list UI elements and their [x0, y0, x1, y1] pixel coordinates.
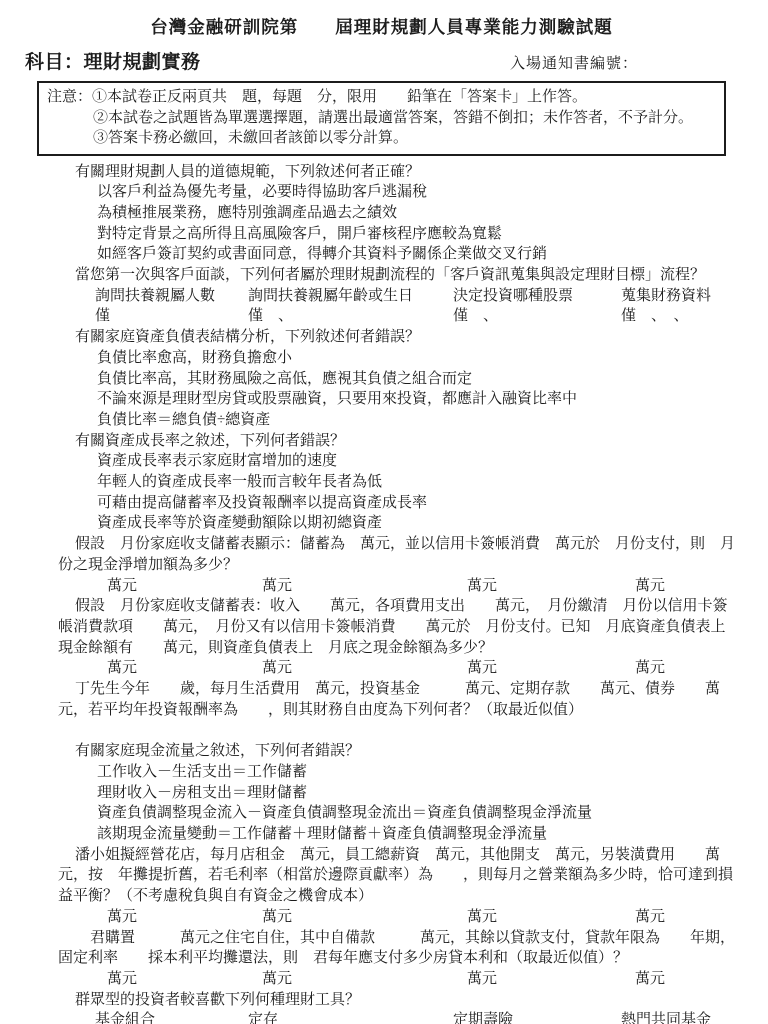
- notice-line-1: 注意：①本試卷正反兩頁共 題，每題 分，限用 鉛筆在「答案卡」上作答。: [47, 87, 716, 108]
- question-stem: 丁先生今年 歲，每月生活費用 萬元，投資基金 萬元、定期存款 萬元、債券 萬元，…: [25, 679, 738, 720]
- option-line: 資產負債調整現金流入－資產負債調整現金流出＝資產負債調整現金淨流量: [97, 803, 738, 824]
- option-line: 資產成長率表示家庭財富增加的速度: [97, 451, 738, 472]
- option-cell: 蒐集財務資料: [621, 286, 738, 307]
- exam-sheet: 台灣金融研訓院第 屆理財規劃人員專業能力測驗試題 科目：理財規劃實務 入場通知書…: [0, 0, 768, 1024]
- option-cell: 萬元: [635, 576, 738, 597]
- question-stem: 有關家庭資產負債表結構分析，下列敘述何者錯誤？: [25, 327, 738, 348]
- option-cell: 詢問扶養親屬年齡或生日: [248, 286, 453, 307]
- question-stem: 群眾型的投資者較喜歡下列何種理財工具？: [25, 990, 738, 1011]
- question-stem: 假設 月份家庭收支儲蓄表：收入 萬元，各項費用支出 萬元， 月份繳清 月份以信用…: [25, 596, 738, 658]
- option-cell: 萬元: [262, 658, 467, 679]
- notice-line-2: ②本試卷之試題皆為單選選擇題，請選出最適當答案，答錯不倒扣；未作答者，不予計分。: [47, 108, 716, 129]
- option-cell: 定期壽險: [453, 1010, 621, 1024]
- option-line: 資產成長率等於資產變動額除以期初總資產: [97, 513, 738, 534]
- option-line: 負債比率高，其財務風險之高低，應視其負債之組合而定: [97, 369, 738, 390]
- question-9: 潘小姐擬經營花店，每月店租金 萬元，員工總薪資 萬元，其他開支 萬元，另裝潢費用…: [25, 845, 738, 928]
- option-cell: 定存: [248, 1010, 453, 1024]
- option-row: 萬元 萬元 萬元 萬元: [25, 969, 738, 990]
- question-7: 丁先生今年 歲，每月生活費用 萬元，投資基金 萬元、定期存款 萬元、債券 萬元，…: [25, 679, 738, 741]
- option-cell: 詢問扶養親屬人數: [95, 286, 248, 307]
- option-line: 該期現金流量變動＝工作儲蓄＋理財儲蓄＋資產負債調整現金淨流量: [97, 824, 738, 845]
- notice-line-3: ③答案卡務必繳回，未繳回者該節以零分計算。: [47, 128, 716, 149]
- question-stem: 有關家庭現金流量之敘述，下列何者錯誤？: [25, 741, 738, 762]
- option-cell: 萬元: [467, 576, 635, 597]
- question-stem: 君購置 萬元之住宅自住，其中自備款 萬元，其餘以貸款支付，貸款年限為 年期，固定…: [25, 928, 738, 969]
- notice-box: 注意：①本試卷正反兩頁共 題，每題 分，限用 鉛筆在「答案卡」上作答。 ②本試卷…: [37, 81, 726, 156]
- option-line: 不論來源是理財型房貸或股票融資，只要用來投資，都應計入融資比率中: [97, 389, 738, 410]
- option-row: 萬元 萬元 萬元 萬元: [25, 576, 738, 597]
- question-11: 群眾型的投資者較喜歡下列何種理財工具？ 基金組合 定存 定期壽險 熱門共同基金: [25, 990, 738, 1024]
- option-cell: 萬元: [107, 969, 262, 990]
- admission-number-label: 入場通知書編號：: [510, 52, 638, 73]
- option-cell: 萬元: [635, 658, 738, 679]
- option-cell: 萬元: [107, 658, 262, 679]
- question-8: 有關家庭現金流量之敘述，下列何者錯誤？ 工作收入－生活支出＝工作儲蓄 理財收入－…: [25, 741, 738, 845]
- page-title: 台灣金融研訓院第 屆理財規劃人員專業能力測驗試題: [25, 16, 738, 38]
- option-line: 如經客戶簽訂契約或書面同意，得轉介其資料予關係企業做交叉行銷: [97, 244, 738, 265]
- option-line: 工作收入－生活支出＝工作儲蓄: [97, 762, 738, 783]
- option-cell: 萬元: [107, 907, 262, 928]
- question-stem: 假設 月份家庭收支儲蓄表顯示：儲蓄為 萬元，並以信用卡簽帳消費 萬元於 月份支付…: [25, 534, 738, 575]
- blank-line: [25, 720, 738, 741]
- option-cell: 萬元: [635, 907, 738, 928]
- option-list: 負債比率愈高，財務負擔愈小 負債比率高，其財務風險之高低，應視其負債之組合而定 …: [25, 348, 738, 431]
- question-5: 假設 月份家庭收支儲蓄表顯示：儲蓄為 萬元，並以信用卡簽帳消費 萬元於 月份支付…: [25, 534, 738, 596]
- option-row: 詢問扶養親屬人數 詢問扶養親屬年齡或生日 決定投資哪種股票 蒐集財務資料: [25, 286, 738, 307]
- option-cell: 萬元: [107, 576, 262, 597]
- option-cell: 熱門共同基金: [621, 1010, 738, 1024]
- question-6: 假設 月份家庭收支儲蓄表：收入 萬元，各項費用支出 萬元， 月份繳清 月份以信用…: [25, 596, 738, 679]
- option-line: 對特定背景之高所得且高風險客戶，開戶審核程序應較為寬鬆: [97, 224, 738, 245]
- option-cell: 基金組合: [95, 1010, 248, 1024]
- question-2: 當您第一次與客戶面談，下列何者屬於理財規劃流程的「客戶資訊蒐集與設定理財目標」流…: [25, 265, 738, 327]
- option-list: 工作收入－生活支出＝工作儲蓄 理財收入－房租支出＝理財儲蓄 資產負債調整現金流入…: [25, 762, 738, 845]
- option-line: 為積極推展業務，應特別強調產品過去之績效: [97, 203, 738, 224]
- option-line: 負債比率愈高，財務負擔愈小: [97, 348, 738, 369]
- option-cell: 萬元: [467, 969, 635, 990]
- option-list: 資產成長率表示家庭財富增加的速度 年輕人的資產成長率一般而言較年長者為低 可藉由…: [25, 451, 738, 534]
- option-cell: 萬元: [635, 969, 738, 990]
- option-row: 萬元 萬元 萬元 萬元: [25, 658, 738, 679]
- option-cell: 萬元: [467, 658, 635, 679]
- question-stem: 潘小姐擬經營花店，每月店租金 萬元，員工總薪資 萬元，其他開支 萬元，另裝潢費用…: [25, 845, 738, 907]
- question-stem: 有關資產成長率之敘述，下列何者錯誤？: [25, 431, 738, 452]
- option-row: 基金組合 定存 定期壽險 熱門共同基金: [25, 1010, 738, 1024]
- option-cell: 萬元: [262, 907, 467, 928]
- option-row: 萬元 萬元 萬元 萬元: [25, 907, 738, 928]
- subject-label: 科目：理財規劃實務: [25, 47, 201, 74]
- option-line: 以客戶利益為優先考量，必要時得協助客戶逃漏稅: [97, 182, 738, 203]
- option-cell: 決定投資哪種股票: [453, 286, 621, 307]
- option-cell: 僅 、 、: [621, 306, 738, 327]
- option-cell: 萬元: [262, 969, 467, 990]
- option-line: 年輕人的資產成長率一般而言較年長者為低: [97, 472, 738, 493]
- option-cell: 萬元: [262, 576, 467, 597]
- option-cell: 僅: [95, 306, 248, 327]
- option-line: 負債比率＝總負債÷總資產: [97, 410, 738, 431]
- option-cell: 僅 、: [453, 306, 621, 327]
- question-1: 有關理財規劃人員的道德規範，下列敘述何者正確？ 以客戶利益為優先考量，必要時得協…: [25, 162, 738, 266]
- option-line: 可藉由提高儲蓄率及投資報酬率以提高資產成長率: [97, 493, 738, 514]
- option-row: 僅 僅 、 僅 、 僅 、 、: [25, 306, 738, 327]
- subject-row: 科目：理財規劃實務 入場通知書編號：: [25, 47, 738, 74]
- option-cell: 僅 、: [248, 306, 453, 327]
- option-cell: 萬元: [467, 907, 635, 928]
- question-list: 有關理財規劃人員的道德規範，下列敘述何者正確？ 以客戶利益為優先考量，必要時得協…: [25, 162, 738, 1024]
- question-3: 有關家庭資產負債表結構分析，下列敘述何者錯誤？ 負債比率愈高，財務負擔愈小 負債…: [25, 327, 738, 431]
- question-stem: 有關理財規劃人員的道德規範，下列敘述何者正確？: [25, 162, 738, 183]
- question-stem: 當您第一次與客戶面談，下列何者屬於理財規劃流程的「客戶資訊蒐集與設定理財目標」流…: [25, 265, 738, 286]
- option-list: 以客戶利益為優先考量，必要時得協助客戶逃漏稅 為積極推展業務，應特別強調產品過去…: [25, 182, 738, 265]
- option-line: 理財收入－房租支出＝理財儲蓄: [97, 783, 738, 804]
- question-10: 君購置 萬元之住宅自住，其中自備款 萬元，其餘以貸款支付，貸款年限為 年期，固定…: [25, 928, 738, 990]
- question-4: 有關資產成長率之敘述，下列何者錯誤？ 資產成長率表示家庭財富增加的速度 年輕人的…: [25, 431, 738, 535]
